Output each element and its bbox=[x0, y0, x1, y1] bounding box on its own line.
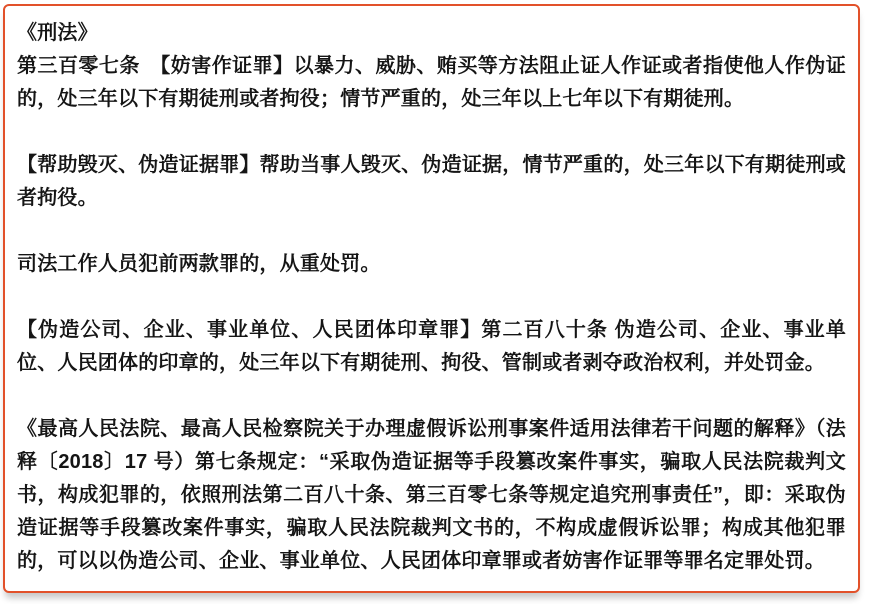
law-title: 《刑法》 bbox=[17, 17, 846, 50]
judicial-staff-aggravation-text: 司法工作人员犯前两款罪的，从重处罚。 bbox=[17, 248, 846, 281]
helping-destroy-forge-evidence-text: 【帮助毁灭、伪造证据罪】帮助当事人毁灭、伪造证据，情节严重的，处三年以下有期徒刑… bbox=[17, 149, 846, 215]
page-background: 《刑法》 第三百零七条 【妨害作证罪】以暴力、威胁、贿买等方法阻止证人作证或者指… bbox=[0, 0, 869, 604]
legal-text-card: 《刑法》 第三百零七条 【妨害作证罪】以暴力、威胁、贿买等方法阻止证人作证或者指… bbox=[3, 4, 860, 593]
article-307-obstructing-testimony-text: 第三百零七条 【妨害作证罪】以暴力、威胁、贿买等方法阻止证人作证或者指使他人作伪… bbox=[17, 50, 846, 116]
article-280-forging-seals-text: 【伪造公司、企业、事业单位、人民团体印章罪】第二百八十条 伪造公司、企业、事业单… bbox=[17, 314, 846, 380]
judicial-interpretation-2018-text: 《最高人民法院、最高人民检察院关于办理虚假诉讼刑事案件适用法律若干问题的解释》（… bbox=[17, 413, 846, 578]
